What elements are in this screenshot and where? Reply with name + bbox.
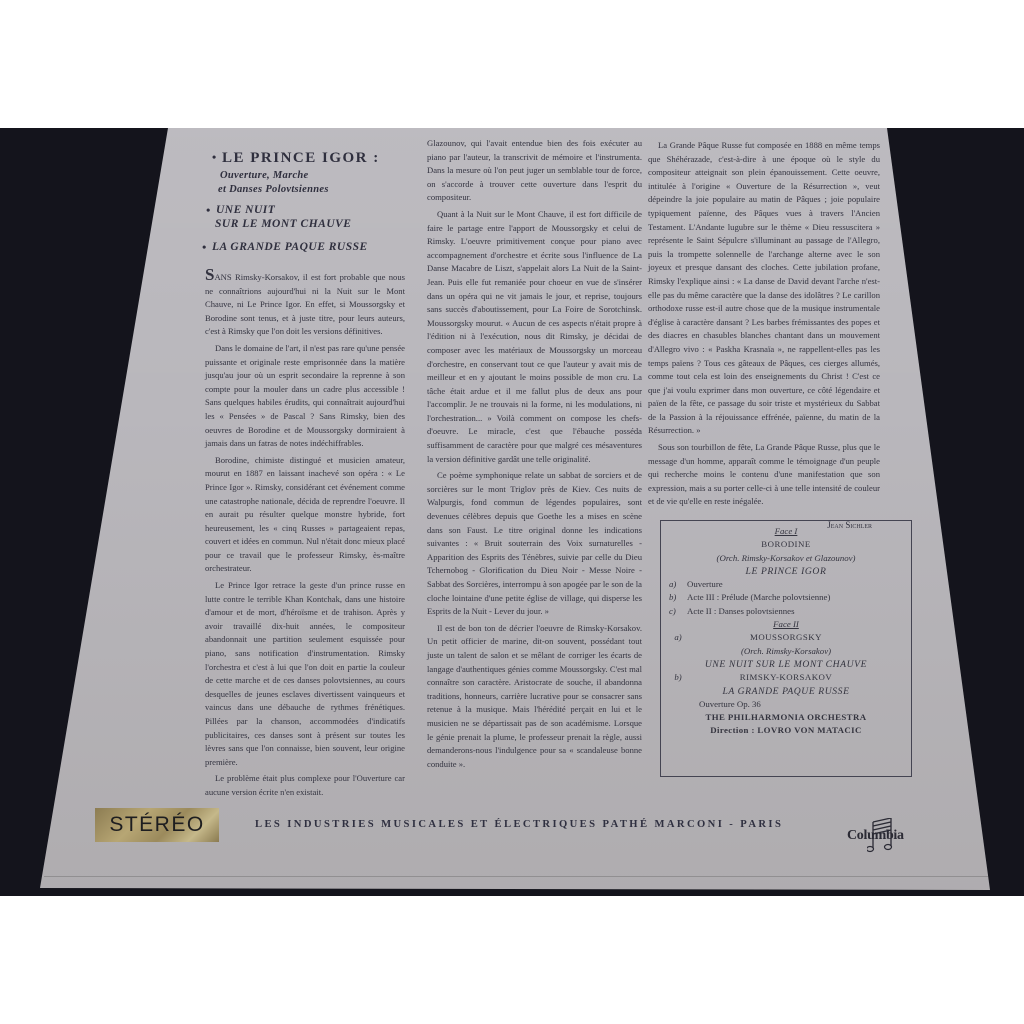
bullet-icon: •: [212, 150, 218, 165]
publisher-line: LES INDUSTRIES MUSICALES ET ÉLECTRIQUES …: [255, 819, 783, 830]
paragraph: La Grande Pâque Russe fut composée en 18…: [648, 139, 880, 438]
track-item: b)Acte III : Prélude (Marche polovtsienn…: [661, 591, 911, 604]
paragraph: Borodine, chimiste distingué et musicien…: [205, 454, 405, 576]
columbia-logo: Columbia: [845, 818, 915, 858]
heading-prince-igor-subtitle-2: et Danses Polovtsiennes: [218, 183, 380, 197]
heading-nuit-mont-chauve-line2: SUR LE MONT CHAUVE: [215, 217, 380, 231]
face-2-work-b: LA GRANDE PAQUE RUSSE: [661, 685, 911, 698]
paragraph: Ce poème symphonique relate un sabbat de…: [427, 469, 642, 619]
liner-notes-column-1: SANS Rimsky-Korsakov, il est fort probab…: [205, 268, 405, 803]
heading-prince-igor-subtitle-1: Ouverture, Marche: [220, 169, 380, 183]
face-2-label: Face II: [661, 618, 911, 631]
heading-grande-paque: • LA GRANDE PAQUE RUSSE: [212, 240, 380, 254]
heading-prince-igor: • LE PRINCE IGOR :: [222, 150, 380, 167]
paragraph: Quant à la Nuit sur le Mont Chauve, il e…: [427, 208, 642, 466]
face-2-item-a: a) MOUSSORGSKY: [661, 631, 911, 644]
sleeve-bottom-edge: [44, 876, 988, 877]
paragraph: Sous son tourbillon de fête, La Grande P…: [648, 441, 880, 509]
face-2-orchestration: (Orch. Rimsky-Korsakov): [661, 645, 911, 658]
paragraph: Dans le domaine de l'art, il n'est pas r…: [205, 342, 405, 451]
face-1-label: Face I: [661, 525, 911, 538]
orchestra-credit: THE PHILHARMONIA ORCHESTRA: [661, 711, 911, 724]
stereo-badge: STÉRÉO: [95, 808, 219, 842]
heading-nuit-mont-chauve: • UNE NUIT: [216, 203, 380, 217]
tracklist-box: Face I BORODINE (Orch. Rimsky-Korsakov e…: [660, 520, 912, 777]
track-item: a)Ouverture: [661, 578, 911, 591]
face-1-orchestration: (Orch. Rimsky-Korsakov et Glazounov): [661, 552, 911, 565]
paragraph: Il est de bon ton de décrier l'oeuvre de…: [427, 622, 642, 772]
paragraph: SANS Rimsky-Korsakov, il est fort probab…: [205, 268, 405, 339]
paragraph: Glazounov, qui l'avait entendue bien des…: [427, 137, 642, 205]
label-name: Columbia: [847, 828, 904, 844]
bullet-icon: •: [202, 240, 207, 254]
track-item: c)Acte II : Danses polovtsiennes: [661, 605, 911, 618]
bullet-icon: •: [206, 203, 211, 217]
program-headings: • LE PRINCE IGOR : Ouverture, Marche et …: [222, 150, 380, 254]
paragraph: Le Prince Igor retrace la geste d'un pri…: [205, 579, 405, 769]
paragraph: Le problème était plus complexe pour l'O…: [205, 772, 405, 799]
face-1-work: LE PRINCE IGOR: [661, 565, 911, 578]
conductor-credit: Direction : LOVRO VON MATACIC: [661, 724, 911, 737]
liner-notes-column-3: La Grande Pâque Russe fut composée en 18…: [648, 139, 880, 533]
face-2-item-b: b) RIMSKY-KORSAKOV: [661, 671, 911, 684]
face-2-work-a: UNE NUIT SUR LE MONT CHAUVE: [661, 658, 911, 671]
face-2-work-b-detail: Ouverture Op. 36: [661, 698, 911, 711]
face-1-composer: BORODINE: [661, 538, 911, 551]
liner-notes-column-2: Glazounov, qui l'avait entendue bien des…: [427, 137, 642, 774]
